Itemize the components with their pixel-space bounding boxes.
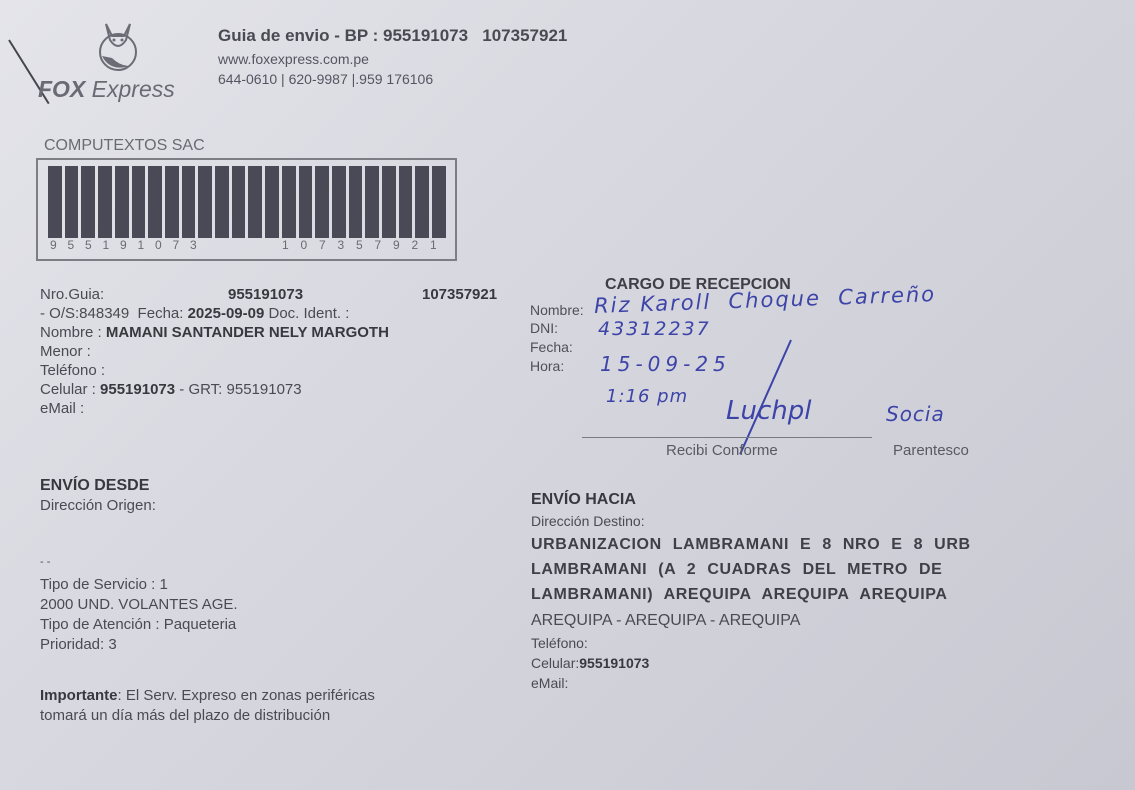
barcode-digit: 2 [412, 238, 419, 252]
barcode-digit: 3 [338, 238, 345, 252]
destination-address-line-1: URBANIZACION LAMBRAMANI E 8 NRO E 8 URB [531, 536, 971, 554]
barcode-bar [299, 166, 313, 238]
barcode-bar [332, 166, 346, 238]
barcode-icon: 955191073107357921 [36, 158, 457, 261]
barcode-bar [215, 166, 229, 238]
barcode-bar [81, 166, 95, 238]
os-label: - O/S:848349 Fecha: [40, 305, 188, 322]
destination-cell-value: 955191073 [579, 655, 649, 671]
barcode-bar [315, 166, 329, 238]
guide-title: Guia de envio - BP : 955191073 107357921 [218, 26, 567, 46]
barcode-digit: 5 [356, 238, 363, 252]
destination-heading: ENVÍO HACIA [531, 490, 636, 509]
brand-suffix: Express [92, 76, 175, 102]
celular-label: Celular : [40, 381, 100, 398]
os-fecha-row: - O/S:848349 Fecha: 2025-09-09 Doc. Iden… [40, 304, 349, 323]
package-contents: 2000 UND. VOLANTES AGE. [40, 595, 238, 614]
reception-dni-value: 43312237 [598, 318, 711, 340]
barcode-digit: 9 [50, 238, 57, 252]
barcode-bar [132, 166, 146, 238]
reception-time-label: Hora: [530, 358, 564, 374]
barcode-bar [349, 166, 363, 238]
destination-cell-label: Celular: [531, 655, 579, 671]
reception-time-value: 1:16 pm [606, 386, 688, 407]
reception-date-label: Fecha: [530, 339, 573, 355]
nombre-label: Nombre : [40, 324, 106, 341]
origin-address-label: Dirección Origen: [40, 496, 156, 515]
relationship-label: Parentesco [893, 442, 969, 459]
barcode-bar [232, 166, 246, 238]
barcode-bar [182, 166, 196, 238]
barcode-digit: 7 [375, 238, 382, 252]
barcode-digit: 1 [282, 238, 289, 252]
barcode-bar [365, 166, 379, 238]
barcode-digits: 955191073107357921 [50, 238, 450, 254]
barcode-bar [148, 166, 162, 238]
brand-bold: FOX [38, 76, 85, 102]
barcode-digit: 1 [430, 238, 437, 252]
barcode-bars [48, 166, 446, 238]
sender-company: COMPUTEXTOS SAC [44, 137, 205, 155]
important-text: : El Serv. Expreso en zonas periféricas [118, 687, 375, 704]
nro-guia-row: Nro.Guia: 955191073 107357921 [40, 285, 104, 304]
barcode-digit: 7 [173, 238, 180, 252]
destination-region: AREQUIPA - AREQUIPA - AREQUIPA [531, 611, 800, 630]
barcode-bar [65, 166, 79, 238]
nombre-value: MAMANI SANTANDER NELY MARGOTH [106, 324, 389, 341]
barcode-bar [282, 166, 296, 238]
barcode-bar [198, 166, 212, 238]
destination-cell-row: Celular:955191073 [531, 654, 649, 673]
barcode-bar [98, 166, 112, 238]
nro-guia-label: Nro.Guia: [40, 286, 104, 303]
barcode-digit: 7 [319, 238, 326, 252]
telefono-label: Teléfono : [40, 361, 105, 380]
barcode-digit: 9 [393, 238, 400, 252]
barcode-digit: 1 [103, 238, 110, 252]
barcode-bar [248, 166, 262, 238]
reception-date-value: 15-09-25 [600, 352, 731, 376]
fox-logo-icon [90, 20, 146, 72]
doc-ident-label: Doc. Ident. : [264, 305, 349, 322]
destination-address-line-2: LAMBRAMANI (A 2 CUADRAS DEL METRO DE [531, 561, 942, 579]
barcode-digit: 0 [301, 238, 308, 252]
attention-type: Tipo de Atención : Paqueteria [40, 615, 236, 634]
destination-email-label: eMail: [531, 674, 568, 693]
barcode-digit: 5 [68, 238, 75, 252]
celular-value: 955191073 [100, 381, 175, 398]
reception-dni-label: DNI: [530, 320, 558, 336]
company-logo: FOX Express [38, 18, 208, 108]
destination-phone-label: Teléfono: [531, 634, 588, 653]
service-type: Tipo de Servicio : 1 [40, 575, 168, 594]
email-label: eMail : [40, 399, 84, 418]
barcode-bar [165, 166, 179, 238]
recipient-signature: Luchpl [726, 396, 811, 426]
received-label: Recibi Conforme [666, 442, 778, 459]
important-label: Importante [40, 687, 118, 704]
important-note-2: tomará un día más del plazo de distribuc… [40, 706, 330, 725]
nombre-row: Nombre : MAMANI SANTANDER NELY MARGOTH [40, 323, 389, 342]
barcode-digit: 5 [85, 238, 92, 252]
celular-row: Celular : 955191073 - GRT: 955191073 [40, 380, 302, 399]
parentesco-value: Socia [886, 402, 945, 426]
barcode-bar [48, 166, 62, 238]
nro-guia-value: 955191073 [228, 285, 303, 304]
brand-name: FOX Express [38, 76, 175, 103]
important-note: Importante: El Serv. Expreso en zonas pe… [40, 686, 375, 705]
barcode-digit: 0 [155, 238, 162, 252]
menor-label: Menor : [40, 342, 91, 361]
barcode-digit: 1 [138, 238, 145, 252]
phone-numbers: 644-0610 | 620-9987 |.959 176106 [218, 71, 433, 87]
signature-line [582, 437, 872, 438]
fecha-value: 2025-09-09 [188, 305, 265, 322]
barcode-digit: 3 [190, 238, 197, 252]
grt-value: - GRT: 955191073 [175, 381, 301, 398]
barcode-bar [115, 166, 129, 238]
barcode-bar [432, 166, 446, 238]
destination-address-label: Dirección Destino: [531, 512, 645, 531]
barcode-bar [415, 166, 429, 238]
website-link[interactable]: www.foxexpress.com.pe [218, 51, 369, 67]
nro-guia-value-2: 107357921 [422, 285, 497, 304]
reception-name-label: Nombre: [530, 302, 584, 318]
barcode-digit: 9 [120, 238, 127, 252]
barcode-bar [265, 166, 279, 238]
barcode-bar [399, 166, 413, 238]
origin-heading: ENVÍO DESDE [40, 476, 149, 495]
priority: Prioridad: 3 [40, 635, 117, 654]
origin-address-value: - - [40, 553, 50, 572]
barcode-bar [382, 166, 396, 238]
destination-address-line-3: LAMBRAMANI) AREQUIPA AREQUIPA AREQUIPA [531, 586, 948, 604]
